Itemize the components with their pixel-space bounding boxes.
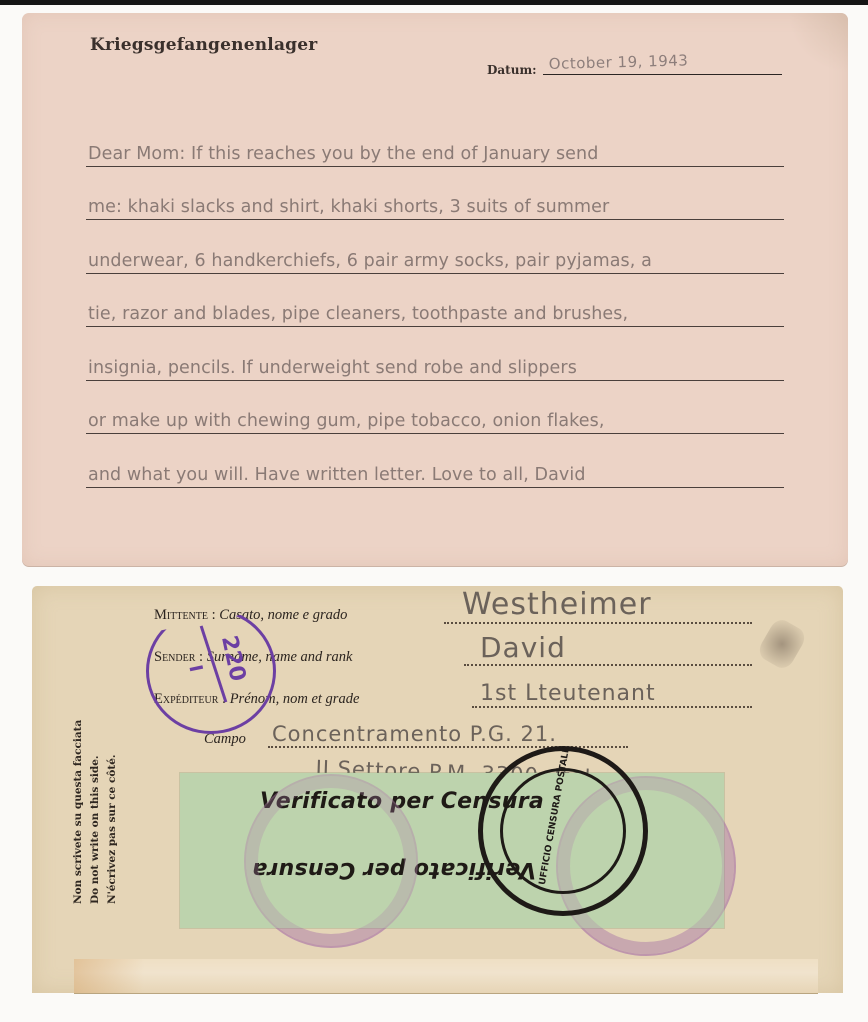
sender-label: Campo [204,731,246,748]
ra-stamp-overlay [556,776,736,956]
label-caps: Mittente [154,607,208,623]
dotted-line [464,664,752,666]
letter-line: Dear Mom: If this reaches you by the end… [86,113,784,167]
letter-text: tie, razor and blades, pipe cleaners, to… [88,304,628,324]
label-caps: Sender [154,649,195,665]
sender-label: Sender : Surname, name and rank [154,649,352,666]
do-not-write-notice: Non scrivete su questa facciata Do not w… [70,644,126,904]
letter-text: underwear, 6 handkerchiefs, 6 pair army … [88,251,652,271]
label-italic: Prénom, nom et grade [230,691,360,707]
surname-value: Westheimer [462,587,652,622]
sender-row-expediteur: Expéditeur : Prénom, nom et grade 1st Lt… [154,686,754,710]
violet-number: 220 [216,633,250,683]
sender-label: Mittente : Casato, nome e grado [154,607,347,624]
corner-wear [788,13,848,73]
sender-label: Expéditeur : Prénom, nom et grade [154,691,359,708]
name-value: David [480,631,566,664]
letter-line: or make up with chewing gum, pipe tobacc… [86,381,784,435]
notice-french: N'écrivez pas sur ce côté. [104,644,121,904]
dotted-line [472,706,752,708]
date-row: Datum: October 19, 1943 [487,53,782,77]
censorship-label: Verificato per Censura Verificato per Ce… [180,773,724,928]
date-value: October 19, 1943 [549,51,689,73]
letter-line: tie, razor and blades, pipe cleaners, to… [86,274,784,328]
tape-stain [74,959,144,993]
dotted-line [268,746,628,748]
notice-italian: Non scrivete su questa facciata [70,644,87,904]
notice-english: Do not write on this side. [87,644,104,904]
letter-line: and what you will. Have written letter. … [86,434,784,488]
censor-text-inverted: Verificato per Censura [252,857,536,882]
violet-number-stamp [146,608,276,734]
date-underline [543,74,782,75]
dotted-line [444,622,752,624]
letter-line: insignia, pencils. If underweight send r… [86,327,784,381]
sender-row-campo: Campo Concentramento P.G. 21. [204,726,804,750]
scan-top-border [0,0,868,5]
letter-text: insignia, pencils. If underweight send r… [88,358,577,378]
letter-text: or make up with chewing gum, pipe tobacc… [88,411,605,431]
sealing-tape [74,959,818,993]
label-italic: Casato, nome e grado [219,607,347,623]
censor-text: Verificato per Censura [260,789,544,814]
date-label: Datum: [487,63,537,77]
rank-value: 1st Lteutenant [480,681,656,706]
ink-smudge [755,616,808,672]
letter-text: Dear Mom: If this reaches you by the end… [88,144,598,164]
sender-envelope-card: Non scrivete su questa facciata Do not w… [32,586,843,993]
label-caps: Expéditeur [154,691,218,707]
letter-line: underwear, 6 handkerchiefs, 6 pair army … [86,220,784,274]
letter-body: Dear Mom: If this reaches you by the end… [86,113,784,488]
label-italic: Campo [204,731,246,747]
letter-text: and what you will. Have written letter. … [88,465,586,485]
letter-text: me: khaki slacks and shirt, khaki shorts… [88,197,609,217]
sender-row-mittente: Mittente : Casato, nome e grado Westheim… [154,602,754,626]
camp-header: Kriegsgefangenenlager [90,35,317,55]
camp-value: Concentramento P.G. 21. [272,722,557,746]
pow-letter-card: Kriegsgefangenenlager Datum: October 19,… [22,13,848,566]
letter-line: me: khaki slacks and shirt, khaki shorts… [86,167,784,221]
